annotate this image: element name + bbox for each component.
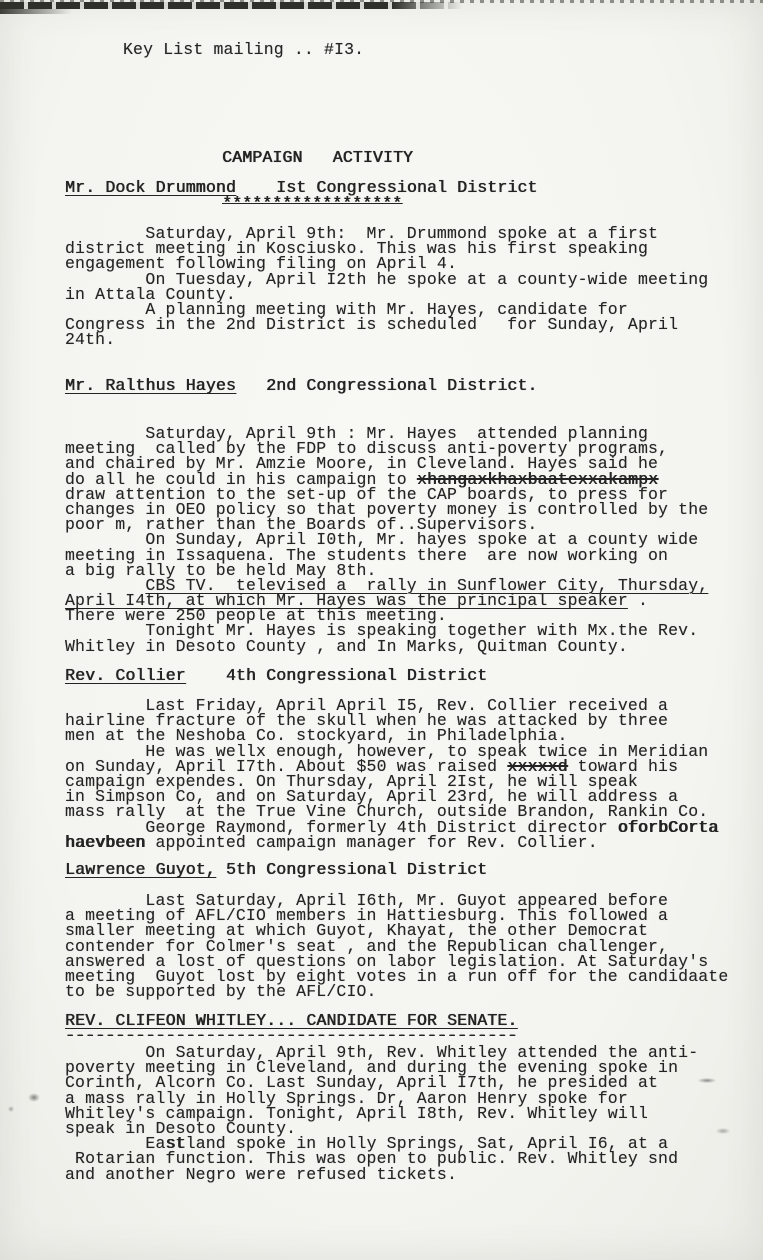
scan-artifact-smudge bbox=[716, 1128, 730, 1134]
section-heading: Mr. Dock Drummond Ist Congressional Dist… bbox=[65, 180, 537, 195]
text-segment: Whitley in Desoto County , and In Marks,… bbox=[65, 637, 628, 656]
text-line: Congress in the 2nd District is schedule… bbox=[65, 317, 708, 332]
underlined-text: Rev. Collier bbox=[65, 666, 186, 685]
text-line: 24th. bbox=[65, 332, 708, 347]
text-line: to be supported by the AFL/CIO. bbox=[65, 984, 728, 999]
scan-artifact-smudge bbox=[28, 1093, 40, 1102]
text-segment: 24th. bbox=[65, 330, 115, 349]
text-line: Whitley in Desoto County , and In Marks,… bbox=[65, 639, 708, 654]
scan-artifact-top-bar-left bbox=[0, 9, 72, 14]
text-segment: appointed campaign manager for Rev. Coll… bbox=[145, 833, 597, 852]
title-asterisk-underline: ****************** bbox=[222, 196, 413, 211]
section-heading: Rev. Collier 4th Congressional District bbox=[65, 668, 487, 683]
overtyped-text: haevbeen bbox=[65, 833, 145, 852]
overtyped-text: oforbCorta bbox=[618, 818, 719, 837]
scan-artifact-smudge bbox=[8, 1106, 14, 1112]
text-line: ----------------------------------------… bbox=[65, 1028, 517, 1043]
scan-artifact-top-bar bbox=[0, 2, 462, 9]
text-line: Mr. Ralthus Hayes 2nd Congressional Dist… bbox=[65, 378, 537, 393]
section-body: Last Saturday, April I6th, Mr. Guyot app… bbox=[65, 893, 728, 999]
section-body: On Saturday, April 9th, Rev. Whitley att… bbox=[65, 1045, 698, 1182]
section-body: Last Friday, April April I5, Rev. Collie… bbox=[65, 698, 718, 850]
mailing-label: Key List mailing .. #I3. bbox=[123, 42, 364, 57]
text-segment: 2nd Congressional District. bbox=[236, 376, 538, 395]
text-segment: Congress in the 2nd District is schedule… bbox=[65, 315, 678, 334]
text-line: Rev. Collier 4th Congressional District bbox=[65, 668, 487, 683]
text-line: and another Negro were refused tickets. bbox=[65, 1167, 698, 1182]
scan-artifact-smudge bbox=[698, 1078, 716, 1083]
text-segment: Ist Congressional District bbox=[236, 178, 538, 197]
section-heading: REV. CLIFEON WHITLEY... CANDIDATE FOR SE… bbox=[65, 1013, 517, 1043]
text-segment: 5th Congressional District bbox=[216, 860, 487, 879]
text-segment: and another Negro were refused tickets. bbox=[65, 1165, 457, 1184]
section-heading: Lawrence Guyot, 5th Congressional Distri… bbox=[65, 862, 487, 877]
scanned-document-page: Key List mailing .. #I3. CAMPAIGN ACTIVI… bbox=[0, 0, 763, 1260]
underlined-text: Mr. Dock Drummond bbox=[65, 178, 236, 197]
document-title: CAMPAIGN ACTIVITY bbox=[222, 150, 413, 165]
text-line: Mr. Dock Drummond Ist Congressional Dist… bbox=[65, 180, 537, 195]
text-line: haevbeen appointed campaign manager for … bbox=[65, 835, 718, 850]
section-body: Saturday, April 9th: Mr. Drummond spoke … bbox=[65, 226, 708, 348]
section-heading: Mr. Ralthus Hayes 2nd Congressional Dist… bbox=[65, 378, 537, 393]
text-segment: . bbox=[628, 591, 648, 610]
text-segment: 4th Congressional District bbox=[186, 666, 488, 685]
text-line: Lawrence Guyot, 5th Congressional Distri… bbox=[65, 862, 487, 877]
section-body: Saturday, April 9th : Mr. Hayes attended… bbox=[65, 426, 708, 654]
underlined-text: Mr. Ralthus Hayes bbox=[65, 376, 236, 395]
underlined-text: Lawrence Guyot, bbox=[65, 860, 216, 879]
text-segment: to be supported by the AFL/CIO. bbox=[65, 982, 377, 1001]
